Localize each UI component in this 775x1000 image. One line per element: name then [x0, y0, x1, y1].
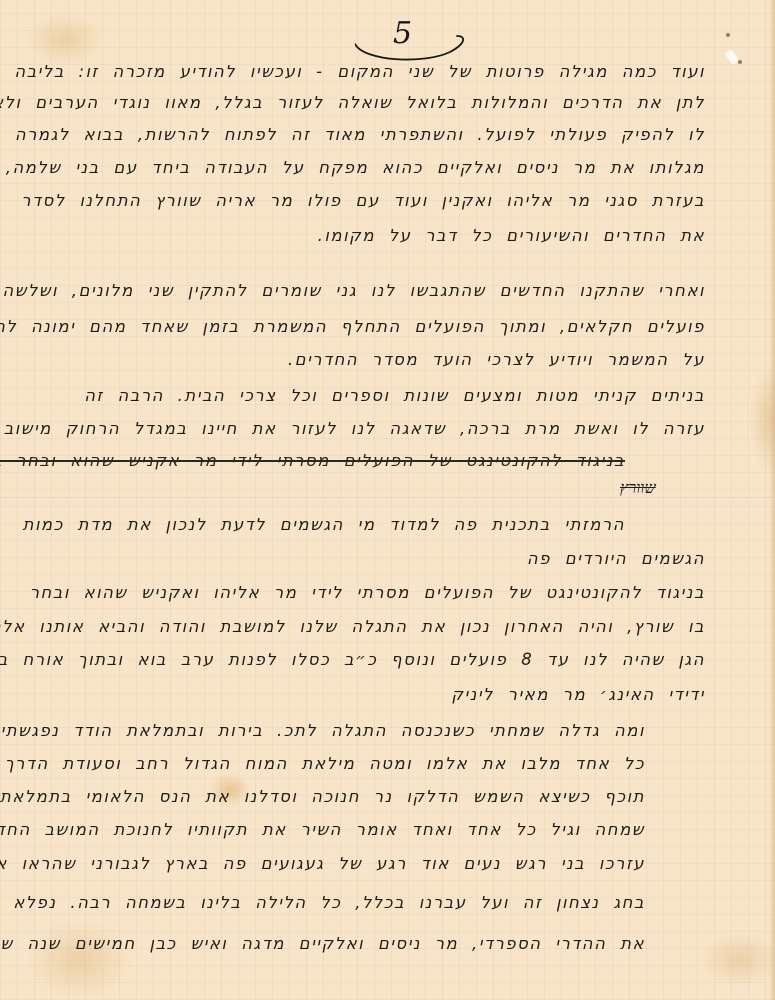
ink-spot: [738, 60, 742, 64]
text-line: לתן את הדרכים והמלולות בלואל שואלה לעזור…: [0, 93, 705, 112]
text-line: ידידי האינג׳ מר מאיר ליניק: [451, 685, 705, 704]
text-line: הגן שהיה לנו עד 8 פועלים ונוסף כ״ב כסלו …: [0, 650, 705, 669]
ink-spot: [726, 33, 730, 37]
text-line: עזרכו בני רגש נעים אוד רגע של געגועים פה…: [0, 854, 645, 873]
text-line: כל אחד מלבו את אלמו ומטה מילאת המוח הגדו…: [0, 754, 645, 773]
text-line: בו שורץ, והיה האחרון נכון את התגלה שלנו …: [0, 617, 705, 636]
paper-edge-stain: [769, 0, 775, 1000]
text-line: עזרה לו ואשת מרת ברכה, שדאגה לנו לעזור א…: [0, 419, 705, 438]
text-line: ואחרי שהתקנו החדשים שהתגבשו לנו גני שומר…: [2, 281, 705, 300]
text-line: לו להפיק פעולתי לפועל. והשתפרתי מאוד זה …: [15, 125, 705, 144]
text-line: מגלותו את מר ניסים ואלקיים כהוא מפקח על …: [0, 158, 705, 177]
text-line: שמחה וגיל כל אחד ואחד אומר השיר את תקוות…: [0, 820, 645, 839]
text-line: את החדרים והשיעורים כל דבר על מקומו.: [318, 226, 705, 245]
page-number: 5: [393, 16, 412, 51]
text-line: בניתים קניתי מטות ומצעים שונות וספרים וכ…: [84, 386, 705, 405]
struck-text-line: בניגוד להקונטינגט של הפועלים מסרתי לידי …: [0, 451, 625, 470]
text-line: את ההדרי הספרדי, מר ניסים ואלקיים מדגה ו…: [0, 934, 645, 953]
text-line: תוכף כשיצא השמש הדלקו נר חנוכה וסדלנו את…: [0, 787, 645, 806]
text-line: על המשמר ויודיע לצרכי הועד מסדר החדרים.: [288, 350, 705, 369]
tape-mark: [725, 49, 740, 65]
page-number-header: 5: [355, 14, 470, 64]
text-line: בניגוד להקונטינגט של הפועלים מסרתי לידי …: [30, 583, 705, 602]
text-line: פועלים חקלאים, ומתוך הפועלים התחלף המשמר…: [0, 317, 705, 336]
text-line: ועוד כמה מגילה פרוטות של שני המקום - ועכ…: [0, 62, 705, 81]
paper-fold-line: [0, 497, 775, 499]
text-line: ומה גדלה שמחתי כשנכנסה התגלה לתכ. בירות …: [1, 721, 645, 740]
struck-signature: שוורץ: [620, 478, 656, 498]
text-line: הרמזתי בתכנית פה למדוד מי הגשמים לדעת לנ…: [23, 515, 625, 534]
letter-page: 5 ועוד כמה מגילה פרוטות של שני המקום - ו…: [0, 0, 775, 1000]
text-line: בחג נצחון זה ועל עברנו בכלל, כל הלילה בל…: [0, 893, 645, 912]
page-number-swash-icon: [355, 14, 470, 64]
text-line: הגשמים היורדים פה: [527, 549, 705, 568]
text-line: בעזרת סגני מר אליהו ואקנין ועוד עם פולו …: [21, 191, 705, 210]
